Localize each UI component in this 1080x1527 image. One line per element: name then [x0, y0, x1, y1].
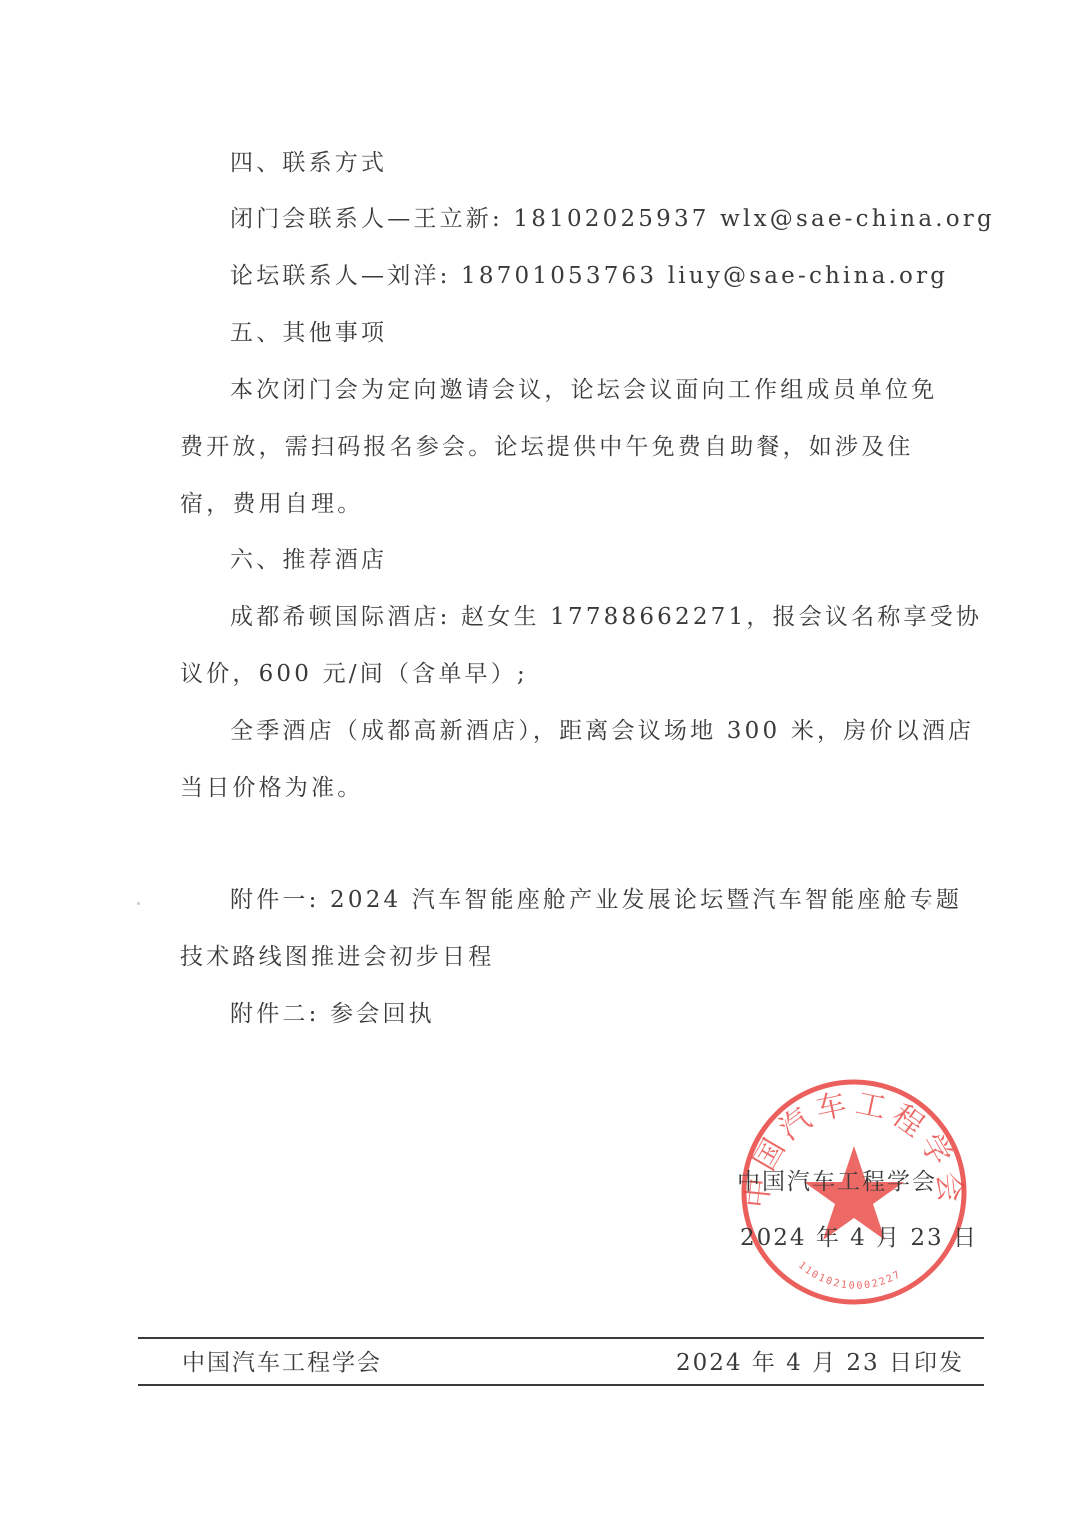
footer-top-rule — [138, 1337, 984, 1339]
hotel-hilton-line: 议价，600 元/间（含单早）; — [180, 659, 528, 689]
attachment-2: 附件二: 参会回执 — [230, 999, 435, 1029]
section-heading-other: 五、其他事项 — [230, 318, 387, 348]
scan-speck — [928, 902, 931, 905]
hotel-ji-line: 全季酒店（成都高新酒店），距离会议场地 300 米，房价以酒店 — [230, 716, 974, 746]
seal-serial-number: 11010210002227 — [796, 1260, 904, 1292]
footer-issuer: 中国汽车工程学会 — [182, 1348, 382, 1378]
svg-text:11010210002227: 11010210002227 — [796, 1260, 904, 1292]
other-paragraph-line: 费开放，需扫码报名参会。论坛提供中午免费自助餐，如涉及住 — [180, 432, 914, 462]
forum-contact: 论坛联系人—刘洋: 18701053763 liuy@sae-china.org — [230, 261, 948, 291]
section-heading-contact: 四、联系方式 — [230, 148, 387, 178]
signature-date: 2024 年 4 月 23 日 — [740, 1223, 978, 1253]
footer-issue-date: 2024 年 4 月 23 日印发 — [676, 1348, 964, 1378]
scan-speck — [137, 902, 140, 905]
hotel-ji-line: 当日价格为准。 — [180, 773, 363, 803]
signature-organization: 中国汽车工程学会 — [737, 1167, 937, 1197]
section-heading-hotels: 六、推荐酒店 — [230, 545, 387, 575]
other-paragraph-line: 宿，费用自理。 — [180, 489, 363, 519]
hotel-hilton-line: 成都希顿国际酒店: 赵女生 17788662271，报会议名称享受协 — [230, 602, 982, 632]
document-page: 四、联系方式 闭门会联系人—王立新: 18102025937 wlx@sae-c… — [0, 0, 1080, 1527]
closed-meeting-contact: 闭门会联系人—王立新: 18102025937 wlx@sae-china.or… — [230, 204, 995, 234]
other-paragraph-line: 本次闭门会为定向邀请会议，论坛会议面向工作组成员单位免 — [230, 375, 937, 405]
footer-bottom-rule — [138, 1384, 984, 1386]
attachment-1-line: 附件一: 2024 汽车智能座舱产业发展论坛暨汽车智能座舱专题 — [230, 885, 962, 915]
attachment-1-line: 技术路线图推进会初步日程 — [180, 942, 494, 972]
